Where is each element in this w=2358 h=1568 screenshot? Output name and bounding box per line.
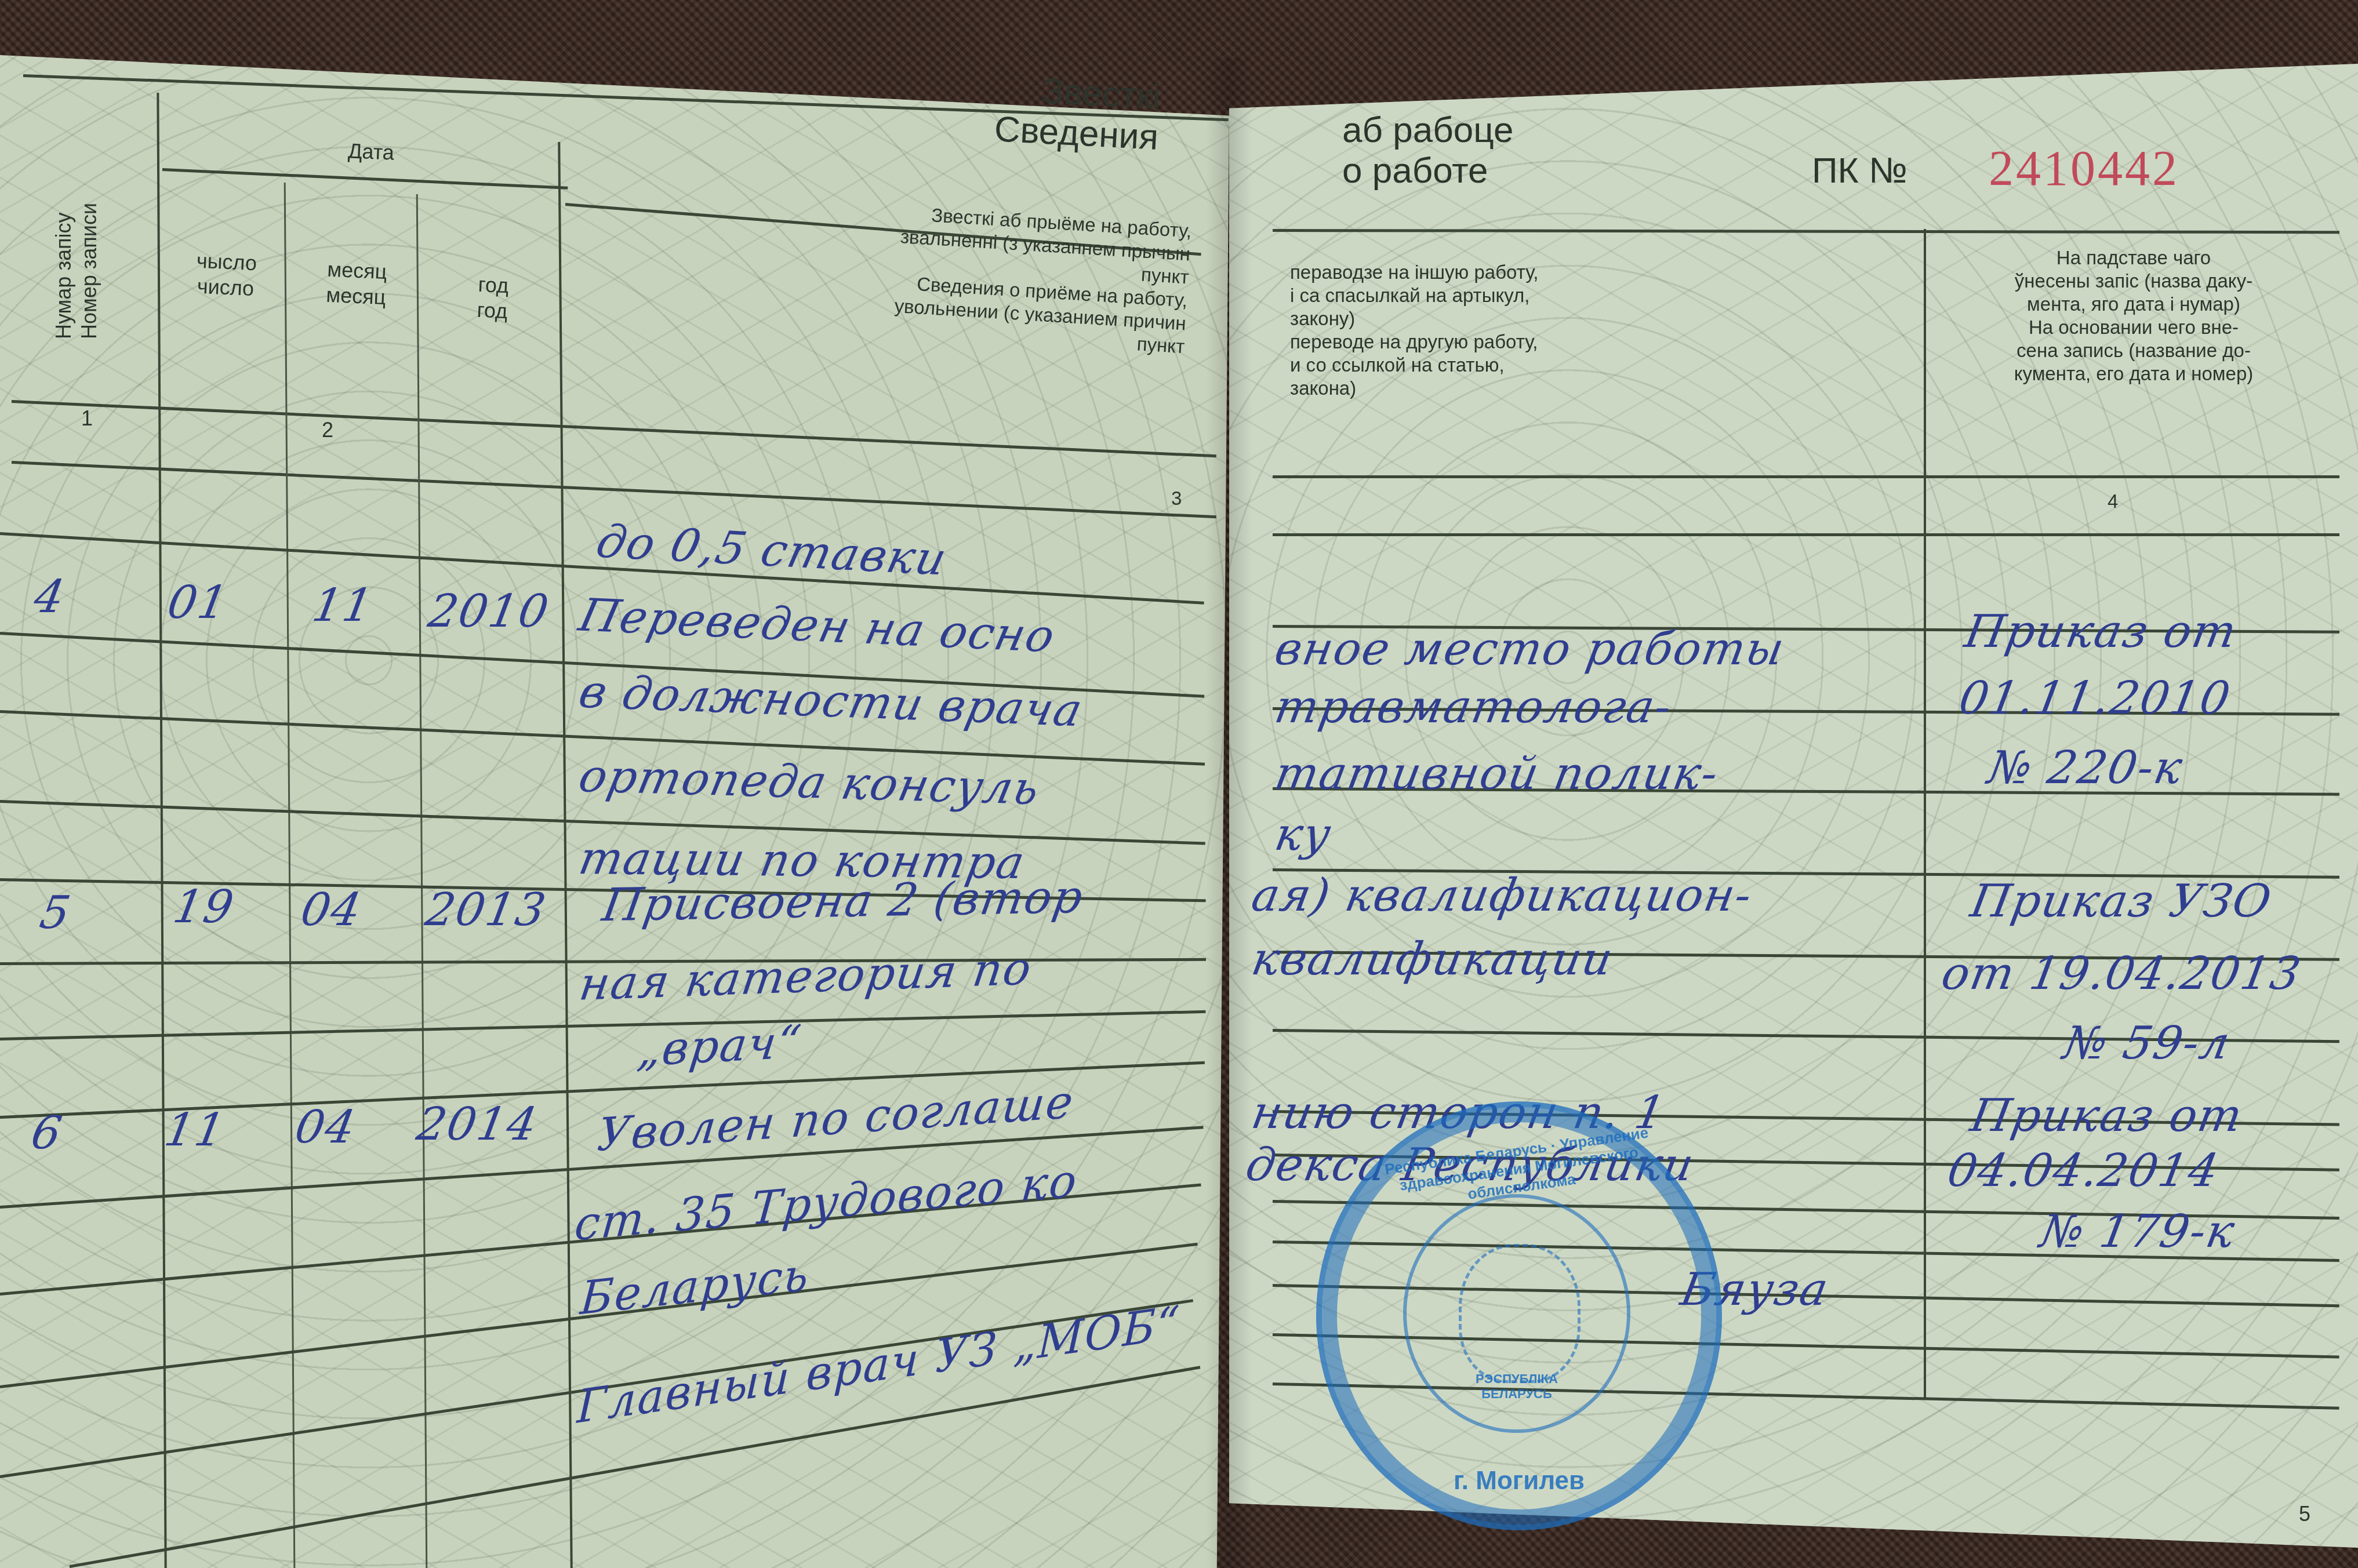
entry-info-line: Присвоена 2 (втор [599, 871, 1087, 932]
entry-basis-line: от 19.04.2013 [1938, 948, 2305, 1000]
col1-number: 1 [81, 406, 93, 431]
right-number-row-rule [1273, 533, 2339, 536]
title-right-ru: о работе [1342, 151, 1513, 191]
entry-basis-line: № 59-л [2059, 1017, 2235, 1069]
entry-basis-line: 04.04.2014 [1943, 1145, 2223, 1197]
stamp-city: г. Могилев [1438, 1467, 1600, 1496]
coat-of-arms-icon [1459, 1244, 1581, 1383]
entry-info-line: квалификации [1248, 933, 1618, 985]
entry-info-line: вное место работы [1271, 623, 1789, 675]
header-entry-number: Нумар запісу Номер записи [51, 203, 102, 339]
entry-year: 2013 [422, 884, 550, 936]
title-right-by: аб рабоце [1342, 110, 1513, 151]
entry-info-line: „врач“ [635, 1016, 805, 1076]
entry-month: 11 [308, 580, 377, 632]
header-col4-line: кумента, его дата и номер) [1931, 362, 2337, 385]
page-number: 5 [2299, 1501, 2310, 1527]
serial-number: 2410442 [1989, 139, 2179, 197]
header-col4: На падставе чаго ўнесены запіс (назва да… [1931, 246, 2337, 385]
entry-day: 01 [164, 577, 232, 629]
entry-basis-line: № 220-к [1984, 742, 2187, 794]
entry-basis-line: Приказ от [1961, 606, 2241, 658]
entry-day: 19 [169, 881, 238, 933]
header-month: месяц месяц [292, 255, 422, 312]
book-spine [1206, 58, 1252, 1568]
entry-basis-line: 01.11.2010 [1955, 672, 2235, 725]
entry-year: 2010 [424, 585, 553, 638]
header-entry-number-ru: Номер записи [77, 203, 102, 339]
header-col4-line: сена запись (название до- [1931, 339, 2337, 362]
header-col4-line: На падставе чаго [1931, 246, 2337, 270]
right-header-bottom-rule [1273, 475, 2339, 478]
right-col-divider [1924, 229, 1926, 1400]
entry-basis-line: № 179-к [2036, 1206, 2239, 1258]
header-day: чысло число [167, 247, 285, 303]
stamp-center-text: РЭСПУБЛІКА БЕЛАРУСЬ [1465, 1371, 1569, 1402]
entry-month: 04 [297, 884, 366, 936]
title-left: Звесткі Сведения [868, 62, 1162, 158]
header-col4-line: ўнесены запіс (назва даку- [1931, 270, 2337, 293]
header-col3-cont-line: пераводзе на іншую работу, [1290, 261, 1539, 284]
serial-label: ПК № [1812, 151, 1907, 191]
header-day-ru: число [167, 272, 284, 303]
header-col3: Звесткі аб прыёме на работу, звальненні … [738, 192, 1192, 359]
entry-day: 11 [161, 1104, 230, 1156]
header-col3-cont-line: і са спасылкай на артыкул, [1290, 284, 1539, 307]
stamp-center-line: РЭСПУБЛІКА [1465, 1371, 1569, 1387]
entry-month: 04 [291, 1101, 360, 1154]
header-col3-cont-line: переводе на другую работу, [1290, 330, 1539, 354]
header-col3-cont-line: закону) [1290, 307, 1539, 330]
stamp-center-line: БЕЛАРУСЬ [1465, 1387, 1569, 1402]
entry-info-line: ая) квалификацион- [1248, 870, 1756, 922]
entry-year: 2014 [413, 1098, 542, 1151]
entry-basis-line: Приказ УЗО [1967, 875, 2276, 927]
entry-info-line: ку [1271, 809, 1336, 861]
col2-number: 2 [322, 417, 333, 443]
header-col3-continued: пераводзе на іншую работу, і са спасылка… [1290, 261, 1539, 400]
entry-info-line: травматолога- [1271, 681, 1676, 733]
entry-info-line: тативной полик- [1271, 748, 1723, 800]
official-stamp: РЭСПУБЛІКА БЕЛАРУСЬ Республика Беларусь … [1316, 1101, 1722, 1530]
header-col4-line: мента, яго дата і нумар) [1931, 293, 2337, 316]
header-col3-cont-line: и со ссылкой на статью, [1290, 354, 1539, 377]
col4-number: 4 [2108, 490, 2118, 513]
header-entry-number-by: Нумар запісу [51, 203, 77, 339]
header-year: год год [425, 270, 561, 326]
entry-basis-line: Приказ от [1967, 1090, 2247, 1142]
header-col4-line: На основании чего вне- [1931, 316, 2337, 339]
stamp-inner-ring: РЭСПУБЛІКА БЕЛАРУСЬ [1403, 1194, 1630, 1433]
title-right: аб рабоце о работе [1342, 110, 1513, 191]
col3-number: 3 [1171, 487, 1182, 510]
header-col3-cont-line: закона) [1290, 377, 1539, 400]
